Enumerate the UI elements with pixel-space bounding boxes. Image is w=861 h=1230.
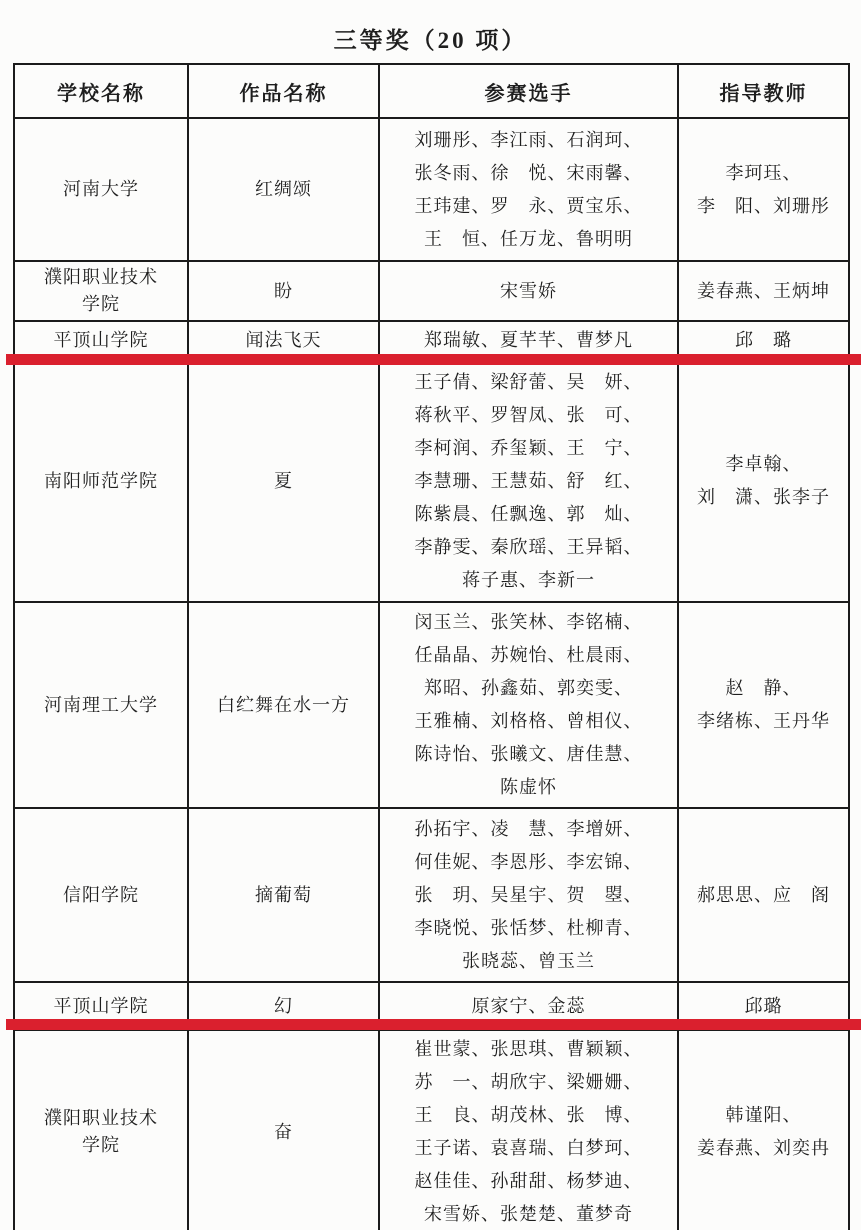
participants-cell: 王子倩、梁舒蕾、吴 妍、蒋秋平、罗智凤、张 可、李柯润、乔玺颖、王 宁、李慧珊、… xyxy=(379,360,678,602)
text-line: 红绸颂 xyxy=(193,173,374,206)
text-line: 信阳学院 xyxy=(19,882,183,909)
table-row: 河南大学红绸颂刘珊彤、李江雨、石润珂、张冬雨、徐 悦、宋雨馨、王玮建、罗 永、贾… xyxy=(14,118,849,261)
document-title: 三等奖（20 项） xyxy=(0,22,861,55)
awards-table: 学校名称 作品名称 参赛选手 指导教师 河南大学红绸颂刘珊彤、李江雨、石润珂、张… xyxy=(13,63,850,1230)
school-cell: 河南大学 xyxy=(14,118,188,261)
work-cell: 摘葡萄 xyxy=(188,808,379,982)
text-line: 赵佳佳、孙甜甜、杨梦迪、 xyxy=(384,1165,673,1198)
text-line: 王玮建、罗 永、贾宝乐、 xyxy=(384,190,673,223)
participants-cell: 崔世蒙、张思琪、曹颖颖、苏 一、胡欣宇、梁姗姗、王 良、胡茂林、张 博、王子诺、… xyxy=(379,1030,678,1230)
text-line: 李卓翰、 xyxy=(683,448,844,481)
text-line: 李绪栋、王丹华 xyxy=(683,705,844,738)
work-cell: 白纻舞在水一方 xyxy=(188,602,379,808)
text-line: 原家宁、金蕊 xyxy=(384,990,673,1023)
work-cell: 红绸颂 xyxy=(188,118,379,261)
text-line: 李 阳、刘珊彤 xyxy=(683,190,844,223)
text-line: 姜春燕、王炳坤 xyxy=(683,275,844,308)
text-line: 幻 xyxy=(193,990,374,1023)
teachers-cell: 姜春燕、王炳坤 xyxy=(678,261,849,321)
participants-cell: 闵玉兰、张笑林、李铭楠、任晶晶、苏婉怡、杜晨雨、郑昭、孙鑫茹、郭奕雯、王雅楠、刘… xyxy=(379,602,678,808)
work-cell: 奋 xyxy=(188,1030,379,1230)
text-line: 白纻舞在水一方 xyxy=(193,689,374,722)
text-line: 任晶晶、苏婉怡、杜晨雨、 xyxy=(384,639,673,672)
text-line: 何佳妮、李恩彤、李宏锦、 xyxy=(384,846,673,879)
table-body: 河南大学红绸颂刘珊彤、李江雨、石润珂、张冬雨、徐 悦、宋雨馨、王玮建、罗 永、贾… xyxy=(14,118,849,1230)
text-line: 李静雯、秦欣瑶、王异韬、 xyxy=(384,531,673,564)
school-cell: 南阳师范学院 xyxy=(14,360,188,602)
text-line: 李珂珏、 xyxy=(683,157,844,190)
text-line: 邱 璐 xyxy=(683,324,844,357)
table-row: 濮阳职业技术学院奋崔世蒙、张思琪、曹颖颖、苏 一、胡欣宇、梁姗姗、王 良、胡茂林… xyxy=(14,1030,849,1230)
text-line: 王子诺、袁喜瑞、白梦珂、 xyxy=(384,1132,673,1165)
teachers-cell: 韩谨阳、姜春燕、刘奕冉 xyxy=(678,1030,849,1230)
text-line: 苏 一、胡欣宇、梁姗姗、 xyxy=(384,1066,673,1099)
school-cell: 河南理工大学 xyxy=(14,602,188,808)
text-line: 赵 静、 xyxy=(683,672,844,705)
text-line: 郑瑞敏、夏芊芊、曹梦凡 xyxy=(384,324,673,357)
text-line: 宋雪娇 xyxy=(384,275,673,308)
table-row: 信阳学院摘葡萄孙拓宇、凌 慧、李增妍、何佳妮、李恩彤、李宏锦、张 玥、吴星宇、贺… xyxy=(14,808,849,982)
text-line: 郑昭、孙鑫茹、郭奕雯、 xyxy=(384,672,673,705)
school-cell: 濮阳职业技术学院 xyxy=(14,1030,188,1230)
teachers-cell: 李卓翰、刘 潇、张李子 xyxy=(678,360,849,602)
text-line: 李柯润、乔玺颖、王 宁、 xyxy=(384,432,673,465)
work-cell: 夏 xyxy=(188,360,379,602)
text-line: 张 玥、吴星宇、贺 曌、 xyxy=(384,879,673,912)
text-line: 河南理工大学 xyxy=(19,692,183,719)
text-line: 李晓悦、张恬梦、杜柳青、 xyxy=(384,912,673,945)
school-cell: 信阳学院 xyxy=(14,808,188,982)
text-line: 盼 xyxy=(193,275,374,308)
text-line: 陈紫晨、任飘逸、郭 灿、 xyxy=(384,498,673,531)
text-line: 韩谨阳、 xyxy=(683,1099,844,1132)
text-line: 蒋子惠、李新一 xyxy=(384,564,673,597)
page: 三等奖（20 项） 学校名称 作品名称 参赛选手 指导教师 河南大学红绸颂刘珊彤… xyxy=(0,0,861,1230)
work-cell: 盼 xyxy=(188,261,379,321)
text-line: 崔世蒙、张思琪、曹颖颖、 xyxy=(384,1033,673,1066)
text-line: 张晓蕊、曾玉兰 xyxy=(384,945,673,978)
text-line: 平顶山学院 xyxy=(19,993,183,1020)
text-line: 刘珊彤、李江雨、石润珂、 xyxy=(384,124,673,157)
text-line: 王子倩、梁舒蕾、吴 妍、 xyxy=(384,366,673,399)
text-line: 闻法飞天 xyxy=(193,324,374,357)
header-cell-participants: 参赛选手 xyxy=(379,64,678,118)
text-line: 李慧珊、王慧茹、舒 红、 xyxy=(384,465,673,498)
text-line: 奋 xyxy=(193,1116,374,1149)
table-row: 南阳师范学院夏王子倩、梁舒蕾、吴 妍、蒋秋平、罗智凤、张 可、李柯润、乔玺颖、王… xyxy=(14,360,849,602)
red-separator-1 xyxy=(6,354,861,365)
text-line: 陈虚怀 xyxy=(384,771,673,804)
text-line: 刘 潇、张李子 xyxy=(683,481,844,514)
text-line: 邱璐 xyxy=(683,990,844,1023)
text-line: 学院 xyxy=(19,291,183,318)
text-line: 姜春燕、刘奕冉 xyxy=(683,1132,844,1165)
text-line: 陈诗怡、张曦文、唐佳慧、 xyxy=(384,738,673,771)
participants-cell: 宋雪娇 xyxy=(379,261,678,321)
text-line: 摘葡萄 xyxy=(193,879,374,912)
text-line: 蒋秋平、罗智凤、张 可、 xyxy=(384,399,673,432)
text-line: 学院 xyxy=(19,1132,183,1159)
participants-cell: 刘珊彤、李江雨、石润珂、张冬雨、徐 悦、宋雨馨、王玮建、罗 永、贾宝乐、王 恒、… xyxy=(379,118,678,261)
text-line: 郝思思、应 阁 xyxy=(683,879,844,912)
school-cell: 濮阳职业技术学院 xyxy=(14,261,188,321)
header-cell-school: 学校名称 xyxy=(14,64,188,118)
teachers-cell: 李珂珏、李 阳、刘珊彤 xyxy=(678,118,849,261)
teachers-cell: 郝思思、应 阁 xyxy=(678,808,849,982)
text-line: 孙拓宇、凌 慧、李增妍、 xyxy=(384,813,673,846)
text-line: 张冬雨、徐 悦、宋雨馨、 xyxy=(384,157,673,190)
text-line: 夏 xyxy=(193,465,374,498)
text-line: 王 恒、任万龙、鲁明明 xyxy=(384,223,673,256)
text-line: 平顶山学院 xyxy=(19,327,183,354)
header-cell-work: 作品名称 xyxy=(188,64,379,118)
text-line: 濮阳职业技术 xyxy=(19,1105,183,1132)
red-separator-2 xyxy=(6,1019,861,1030)
table-row: 河南理工大学白纻舞在水一方闵玉兰、张笑林、李铭楠、任晶晶、苏婉怡、杜晨雨、郑昭、… xyxy=(14,602,849,808)
teachers-cell: 赵 静、李绪栋、王丹华 xyxy=(678,602,849,808)
text-line: 闵玉兰、张笑林、李铭楠、 xyxy=(384,606,673,639)
text-line: 王雅楠、刘格格、曾相仪、 xyxy=(384,705,673,738)
participants-cell: 孙拓宇、凌 慧、李增妍、何佳妮、李恩彤、李宏锦、张 玥、吴星宇、贺 曌、李晓悦、… xyxy=(379,808,678,982)
text-line: 王 良、胡茂林、张 博、 xyxy=(384,1099,673,1132)
table-header-row: 学校名称 作品名称 参赛选手 指导教师 xyxy=(14,64,849,118)
text-line: 濮阳职业技术 xyxy=(19,264,183,291)
text-line: 河南大学 xyxy=(19,176,183,203)
text-line: 宋雪娇、张楚楚、董梦奇 xyxy=(384,1198,673,1230)
text-line: 南阳师范学院 xyxy=(19,468,183,495)
table-row: 濮阳职业技术学院盼宋雪娇姜春燕、王炳坤 xyxy=(14,261,849,321)
header-cell-teachers: 指导教师 xyxy=(678,64,849,118)
